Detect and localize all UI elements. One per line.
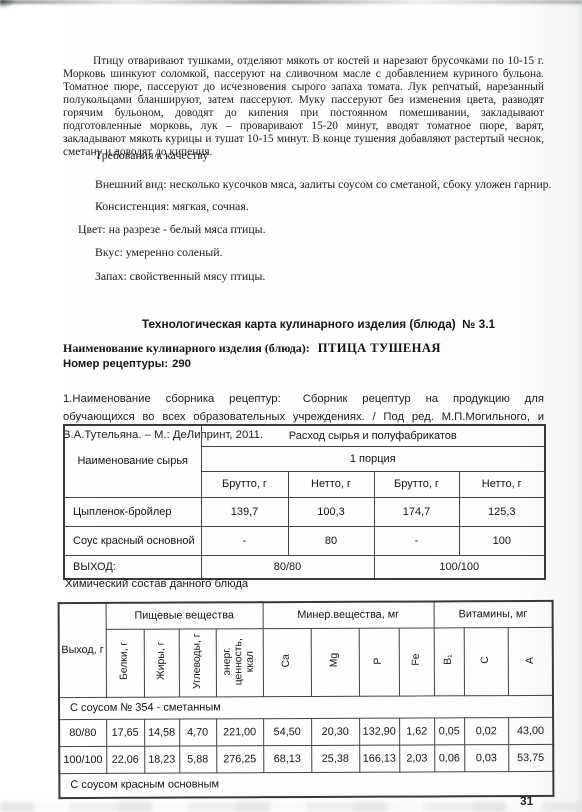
color-line: Цвет: на разрезе - белый мяса птицы.	[78, 222, 266, 237]
output-label: ВЫХОД:	[64, 555, 201, 579]
header-fats: Жиры, г	[144, 629, 179, 697]
cell: 54,50	[263, 718, 311, 745]
ingredients-name-header: Наименование сырья	[64, 425, 201, 497]
ingredient-value: 80	[288, 526, 374, 555]
b1-label: B₁	[443, 655, 455, 665]
cell: 276,25	[216, 745, 263, 772]
energy-label: энерг. ценность, ккал	[222, 632, 257, 690]
cell: 0,05	[434, 717, 464, 744]
unit-header-netto-2: Нетто, г	[459, 471, 545, 497]
cell: 17,65	[106, 719, 144, 746]
section-row-red-sauce: С соусом красным основным	[59, 771, 553, 798]
dish-name-value: ПТИЦА ТУШЕНАЯ	[318, 341, 441, 355]
dish-name-label: Наименование кулинарного изделия (блюда)…	[63, 341, 310, 355]
table-row: Соус красный основной - 80 - 100	[64, 526, 545, 555]
cell: 43,00	[508, 717, 553, 744]
unit-header-brutto-1: Брутто, г	[201, 471, 288, 497]
recipe-number-label: Номер рецептуры:	[63, 358, 168, 370]
scan-artifact-bottom	[0, 802, 582, 812]
quality-requirements-heading: Требования к качеству	[95, 148, 208, 163]
dish-name-line: Наименование кулинарного изделия (блюда)…	[63, 341, 441, 356]
chemical-composition-heading: Химический состав данного блюда	[65, 578, 248, 590]
ingredients-group-header: Расход сырья и полуфабрикатов	[201, 425, 545, 446]
output-value-1: 80/80	[201, 555, 374, 579]
proteins-label: Белки, г	[119, 642, 131, 680]
section-row-smetana: С соусом № 354 - сметанным	[59, 695, 553, 719]
carbs-label: Углеводы, г	[191, 633, 203, 689]
header-proteins: Белки, г	[106, 629, 144, 697]
cell: 0,03	[464, 744, 508, 771]
taste-line: Вкус: умеренно соленый.	[95, 245, 222, 260]
ingredient-name: Соус красный основной	[64, 526, 201, 555]
fe-label: Fe	[411, 654, 423, 666]
header-fe: Fe	[399, 627, 434, 695]
header-c: C	[464, 627, 508, 695]
ingredient-value: -	[201, 526, 288, 555]
cell: 2,03	[399, 744, 434, 771]
cell: 0,06	[434, 744, 464, 771]
ingredient-value: 100	[459, 526, 545, 555]
ingredients-table: Наименование сырья Расход сырья и полуфа…	[63, 424, 546, 580]
cell: 22,06	[106, 746, 144, 773]
unit-header-netto-1: Нетто, г	[288, 471, 374, 497]
consistency-line: Консистенция: мягкая, сочная.	[95, 199, 249, 214]
ingredient-name: Цыпленок-бройлер	[64, 497, 201, 526]
cooking-method-paragraph: Птицу отваривают тушками, отделяют мякот…	[63, 55, 544, 158]
header-b1: B₁	[434, 627, 464, 695]
cell: 132,90	[359, 718, 399, 745]
p-label: P	[373, 658, 385, 665]
fats-label: Жиры, г	[155, 642, 167, 680]
header-a: A	[508, 627, 553, 695]
yield-value: 100/100	[59, 746, 106, 773]
smell-line: Запах: свойственный мясу птицы.	[95, 269, 265, 284]
cell: 166,13	[359, 745, 399, 772]
cell: 68,13	[263, 745, 311, 772]
unit-header-brutto-2: Брутто, г	[374, 471, 459, 497]
ingredient-value: 125,3	[459, 497, 545, 526]
cell: 25,38	[311, 745, 359, 772]
cell: 14,58	[144, 719, 179, 746]
cell: 1,62	[399, 717, 434, 744]
cell: 221,00	[216, 718, 263, 745]
group-header-nutrients: Пищевые вещества	[106, 602, 263, 629]
cell: 20,30	[311, 718, 359, 745]
appearance-line: Внешний вид: несколько кусочков мяса, за…	[95, 177, 552, 192]
scan-artifact-top	[0, 0, 582, 4]
scan-artifact-corner	[0, 0, 16, 9]
cell: 5,88	[179, 745, 216, 772]
table-row: Цыпленок-бройлер 139,7 100,3 174,7 125,3	[64, 497, 545, 526]
ca-label: Ca	[281, 654, 293, 667]
ingredient-value: 100,3	[288, 497, 374, 526]
mg-label: Mg	[329, 653, 341, 667]
ingredient-value: 174,7	[374, 497, 459, 526]
recipe-number-line: Номер рецептуры:290	[63, 358, 191, 370]
ingredient-value: 139,7	[201, 497, 288, 526]
header-mg: Mg	[311, 628, 359, 696]
c-label: C	[480, 657, 492, 665]
source-label: 1.Наименование сборника рецептур:	[63, 393, 281, 405]
output-value-2: 100/100	[374, 555, 545, 579]
recipe-number-value: 290	[172, 358, 191, 370]
cell: 0,02	[464, 717, 508, 744]
header-ca: Ca	[263, 628, 311, 696]
scanned-document-page: Птицу отваривают тушками, отделяют мякот…	[0, 0, 582, 812]
header-energy: энерг. ценность, ккал	[216, 628, 263, 696]
portion-header: 1 порция	[201, 446, 545, 471]
group-header-vitamins: Витамины, мг	[434, 601, 553, 628]
table-row-output: ВЫХОД: 80/80 100/100	[64, 555, 545, 579]
group-header-minerals: Минер.вещества, мг	[263, 601, 434, 628]
cell: 4,70	[179, 718, 216, 745]
header-p: P	[359, 628, 399, 696]
tech-card-title: Технологическая карта кулинарного издели…	[63, 317, 544, 331]
cell: 53,75	[508, 744, 553, 771]
yield-header: Выход, г	[59, 603, 106, 697]
ingredient-value: -	[374, 526, 459, 555]
table-row: 100/100 22,06 18,23 5,88 276,25 68,13 25…	[59, 744, 553, 773]
cell: 18,23	[144, 746, 179, 773]
chemical-composition-table: Выход, г Пищевые вещества Минер.вещества…	[58, 600, 555, 799]
header-carbs: Углеводы, г	[179, 628, 216, 696]
yield-value: 80/80	[59, 719, 106, 746]
table-row: 80/80 17,65 14,58 4,70 221,00 54,50 20,3…	[59, 717, 553, 746]
a-label: A	[524, 657, 536, 664]
